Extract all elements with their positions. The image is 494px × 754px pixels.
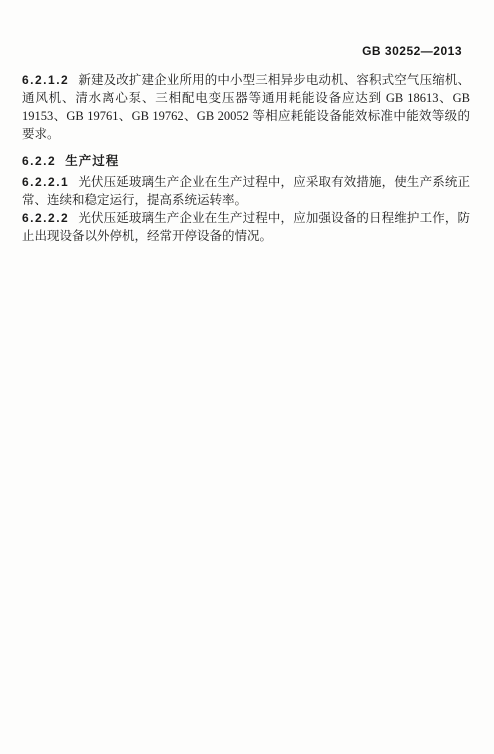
clause-paragraph: 6.2.2.2光伏压延玻璃生产企业在生产过程中，应加强设备的日程维护工作，防止出…	[22, 209, 470, 245]
clause-number: 6.2.1.2	[22, 73, 69, 87]
clause-number: 6.2.2.1	[22, 175, 69, 189]
clause-number: 6.2.2	[22, 154, 56, 168]
section-heading-label: 生产过程	[65, 154, 119, 168]
clause-text: 新建及改扩建企业所用的中小型三相异步电动机、容积式空气压缩机、通风机、清水离心泵…	[22, 73, 470, 141]
page-content: 6.2.1.2新建及改扩建企业所用的中小型三相异步电动机、容积式空气压缩机、通风…	[0, 60, 494, 245]
clause-text: 光伏压延玻璃生产企业在生产过程中，应采取有效措施，使生产系统正常、连续和稳定运行…	[22, 175, 470, 207]
document-page: GB 30252—2013 6.2.1.2新建及改扩建企业所用的中小型三相异步电…	[0, 0, 494, 754]
clause-number: 6.2.2.2	[22, 211, 69, 225]
standard-number: GB 30252—2013	[362, 44, 462, 58]
clause-paragraph: 6.2.2.1光伏压延玻璃生产企业在生产过程中，应采取有效措施，使生产系统正常、…	[22, 173, 470, 209]
page-header: GB 30252—2013	[0, 0, 494, 60]
clause-text: 光伏压延玻璃生产企业在生产过程中，应加强设备的日程维护工作，防止出现设备以外停机…	[22, 211, 470, 243]
section-heading: 6.2.2生产过程	[22, 152, 470, 170]
clause-paragraph: 6.2.1.2新建及改扩建企业所用的中小型三相异步电动机、容积式空气压缩机、通风…	[22, 71, 470, 143]
